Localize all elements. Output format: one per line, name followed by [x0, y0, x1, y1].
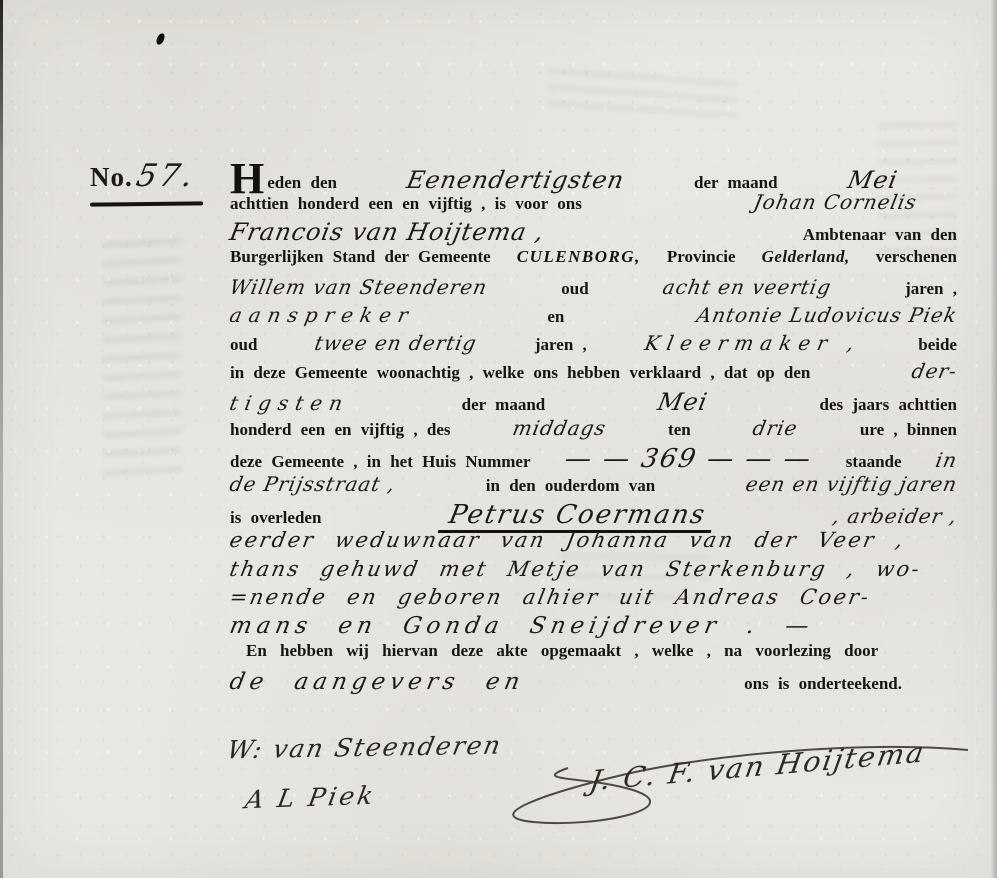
act-number: No.57.	[90, 158, 195, 194]
scan-right-edge-shadow	[991, 0, 997, 878]
declarant2-name-handwritten: Antonie Ludovicus Piek	[695, 303, 960, 327]
act-number-value: 57.	[133, 158, 199, 194]
printed-text: achttien honderd een en vijftig , is voo…	[230, 194, 582, 214]
death-day-handwritten-part2: tigsten	[228, 391, 352, 415]
hour-handwritten: drie	[751, 416, 800, 440]
act-line-16: =nende en geboren alhier uit Andreas Coe…	[230, 585, 957, 613]
deceased-age-handwritten: een en vijftig jaren	[743, 472, 959, 496]
printed-text: verschenen	[876, 247, 957, 267]
printed-text: in deze Gemeente woonachtig , welke ons …	[230, 363, 810, 383]
mother-name-handwritten: mans en Gonda Sneijdrever . —	[227, 613, 816, 639]
printed-text: jaren ,	[535, 335, 587, 355]
act-line-1: H eden den Eenendertigsten der maand Mei	[230, 162, 957, 190]
printed-text: en	[547, 307, 564, 327]
printed-text: jaren ,	[905, 279, 957, 299]
signature-registrar-text: J. C. F. van Hoijtema	[587, 736, 928, 798]
ink-blot	[155, 32, 166, 46]
deceased-occupation-handwritten: , arbeider ,	[831, 504, 960, 528]
province-name: Gelderland,	[762, 247, 850, 267]
printed-text: eden den	[267, 173, 337, 193]
bleedthrough-smudge	[548, 70, 738, 116]
act-line-6: aanspreker en Antonie Ludovicus Piek	[230, 303, 957, 331]
death-month-handwritten: Mei	[655, 388, 710, 416]
printed-text: deze Gemeente , in het Huis Nummer	[230, 452, 531, 472]
father-name-handwritten: =nende en geboren alhier uit Andreas Coe…	[228, 585, 873, 609]
printed-text: der maand	[462, 395, 546, 415]
act-line-3: Francois van Hoijtema , Ambtenaar van de…	[230, 218, 957, 246]
printed-text: oud	[230, 335, 257, 355]
declarant1-occupation-handwritten: aanspreker	[228, 303, 417, 327]
act-number-underline	[90, 201, 203, 206]
signature-flourish	[438, 738, 978, 833]
act-text-block: H eden den Eenendertigsten der maand Mei…	[230, 162, 957, 698]
act-line-2: achttien honderd een en vijftig , is voo…	[230, 190, 957, 218]
act-line-12: de Prijsstraat , in den ouderdom van een…	[230, 472, 957, 500]
act-line-11: deze Gemeente , in het Huis Nummer — — 3…	[230, 444, 957, 472]
registrar-name-handwritten: Francois van Hoijtema ,	[227, 218, 546, 246]
printed-text: Provincie	[667, 247, 736, 267]
declarant2-age-handwritten: twee en dertig	[313, 331, 479, 355]
act-number-label: No.	[90, 162, 133, 192]
death-day-handwritten-part1: der-	[910, 359, 960, 383]
act-line-17: mans en Gonda Sneijdrever . —	[230, 613, 957, 641]
house-number-handwritten: — — 369 — — —	[562, 444, 815, 474]
act-line-7: oud twee en dertig jaren , Kleermaker , …	[230, 331, 957, 359]
printed-text: ons is onderteekend.	[744, 674, 902, 694]
act-line-8: in deze Gemeente woonachtig , welke ons …	[230, 359, 957, 387]
printed-text: in den ouderdom van	[486, 476, 655, 496]
act-line-13: is overleden Petrus Coermans , arbeider …	[230, 500, 957, 528]
declarant2-occupation-handwritten: Kleermaker ,	[642, 331, 862, 355]
act-line-15: thans gehuwd met Metje van Sterkenburg ,…	[230, 557, 957, 585]
printed-text: oud	[561, 279, 588, 299]
bleedthrough-smudge	[103, 228, 181, 478]
printed-text: beide	[918, 335, 957, 355]
printed-text: ure , binnen	[860, 420, 957, 440]
closing-handwritten: de aangevers en	[227, 669, 526, 695]
act-line-18: En hebben wij hiervan deze akte opgemaak…	[230, 641, 957, 669]
printed-text: des jaars achttien	[820, 395, 957, 415]
act-line-10: honderd een en vijftig , des middags ten…	[230, 416, 957, 444]
printed-text: Ambtenaar van den	[803, 225, 957, 245]
current-spouse-handwritten: thans gehuwd met Metje van Sterkenburg ,…	[228, 557, 924, 581]
scan-left-edge-shadow	[0, 0, 3, 878]
act-line-5: Willem van Steenderen oud acht en veerti…	[230, 275, 957, 303]
handwritten-text: in	[933, 448, 959, 472]
registrar-firstnames-handwritten: Johan Cornelis	[752, 190, 919, 214]
printed-text: staande	[846, 452, 902, 472]
signature-declarant2: A L Piek	[243, 781, 378, 814]
first-spouse-handwritten: eerder weduwnaar van Johanna van der Vee…	[228, 528, 908, 552]
declarant1-name-handwritten: Willem van Steenderen	[228, 275, 490, 299]
printed-text: Burgerlijken Stand der Gemeente	[230, 247, 491, 267]
time-of-day-handwritten: middags	[510, 416, 608, 440]
municipality-name: CULENBORG,	[517, 247, 641, 267]
printed-text: ten	[668, 420, 691, 440]
act-line-4: Burgerlijken Stand der Gemeente CULENBOR…	[230, 247, 957, 275]
printed-text: honderd een en vijftig , des	[230, 420, 451, 440]
signature-declarant1: W: van Steenderen	[225, 731, 505, 765]
act-line-9: tigsten der maand Mei des jaars achttien	[230, 388, 957, 416]
act-line-19: de aangevers en ons is onderteekend.	[230, 669, 957, 697]
declarant1-age-handwritten: acht en veertig	[660, 275, 833, 299]
scanned-death-record-page: { "colors": { "paper": "#e9e7e2", "ink":…	[0, 0, 997, 878]
printed-text: is overleden	[230, 508, 321, 528]
dropcap-h: H	[230, 167, 264, 191]
signature-registrar: J. C. F. van Hoijtema	[438, 738, 978, 833]
opening-phrase: H eden den	[230, 162, 337, 193]
street-name-handwritten: de Prijsstraat ,	[228, 472, 398, 496]
act-line-14: eerder weduwnaar van Johanna van der Vee…	[230, 528, 957, 556]
death-report-day-handwritten: Eenendertigsten	[404, 166, 627, 194]
closing-formula-printed: En hebben wij hiervan deze akte opgemaak…	[230, 641, 878, 660]
